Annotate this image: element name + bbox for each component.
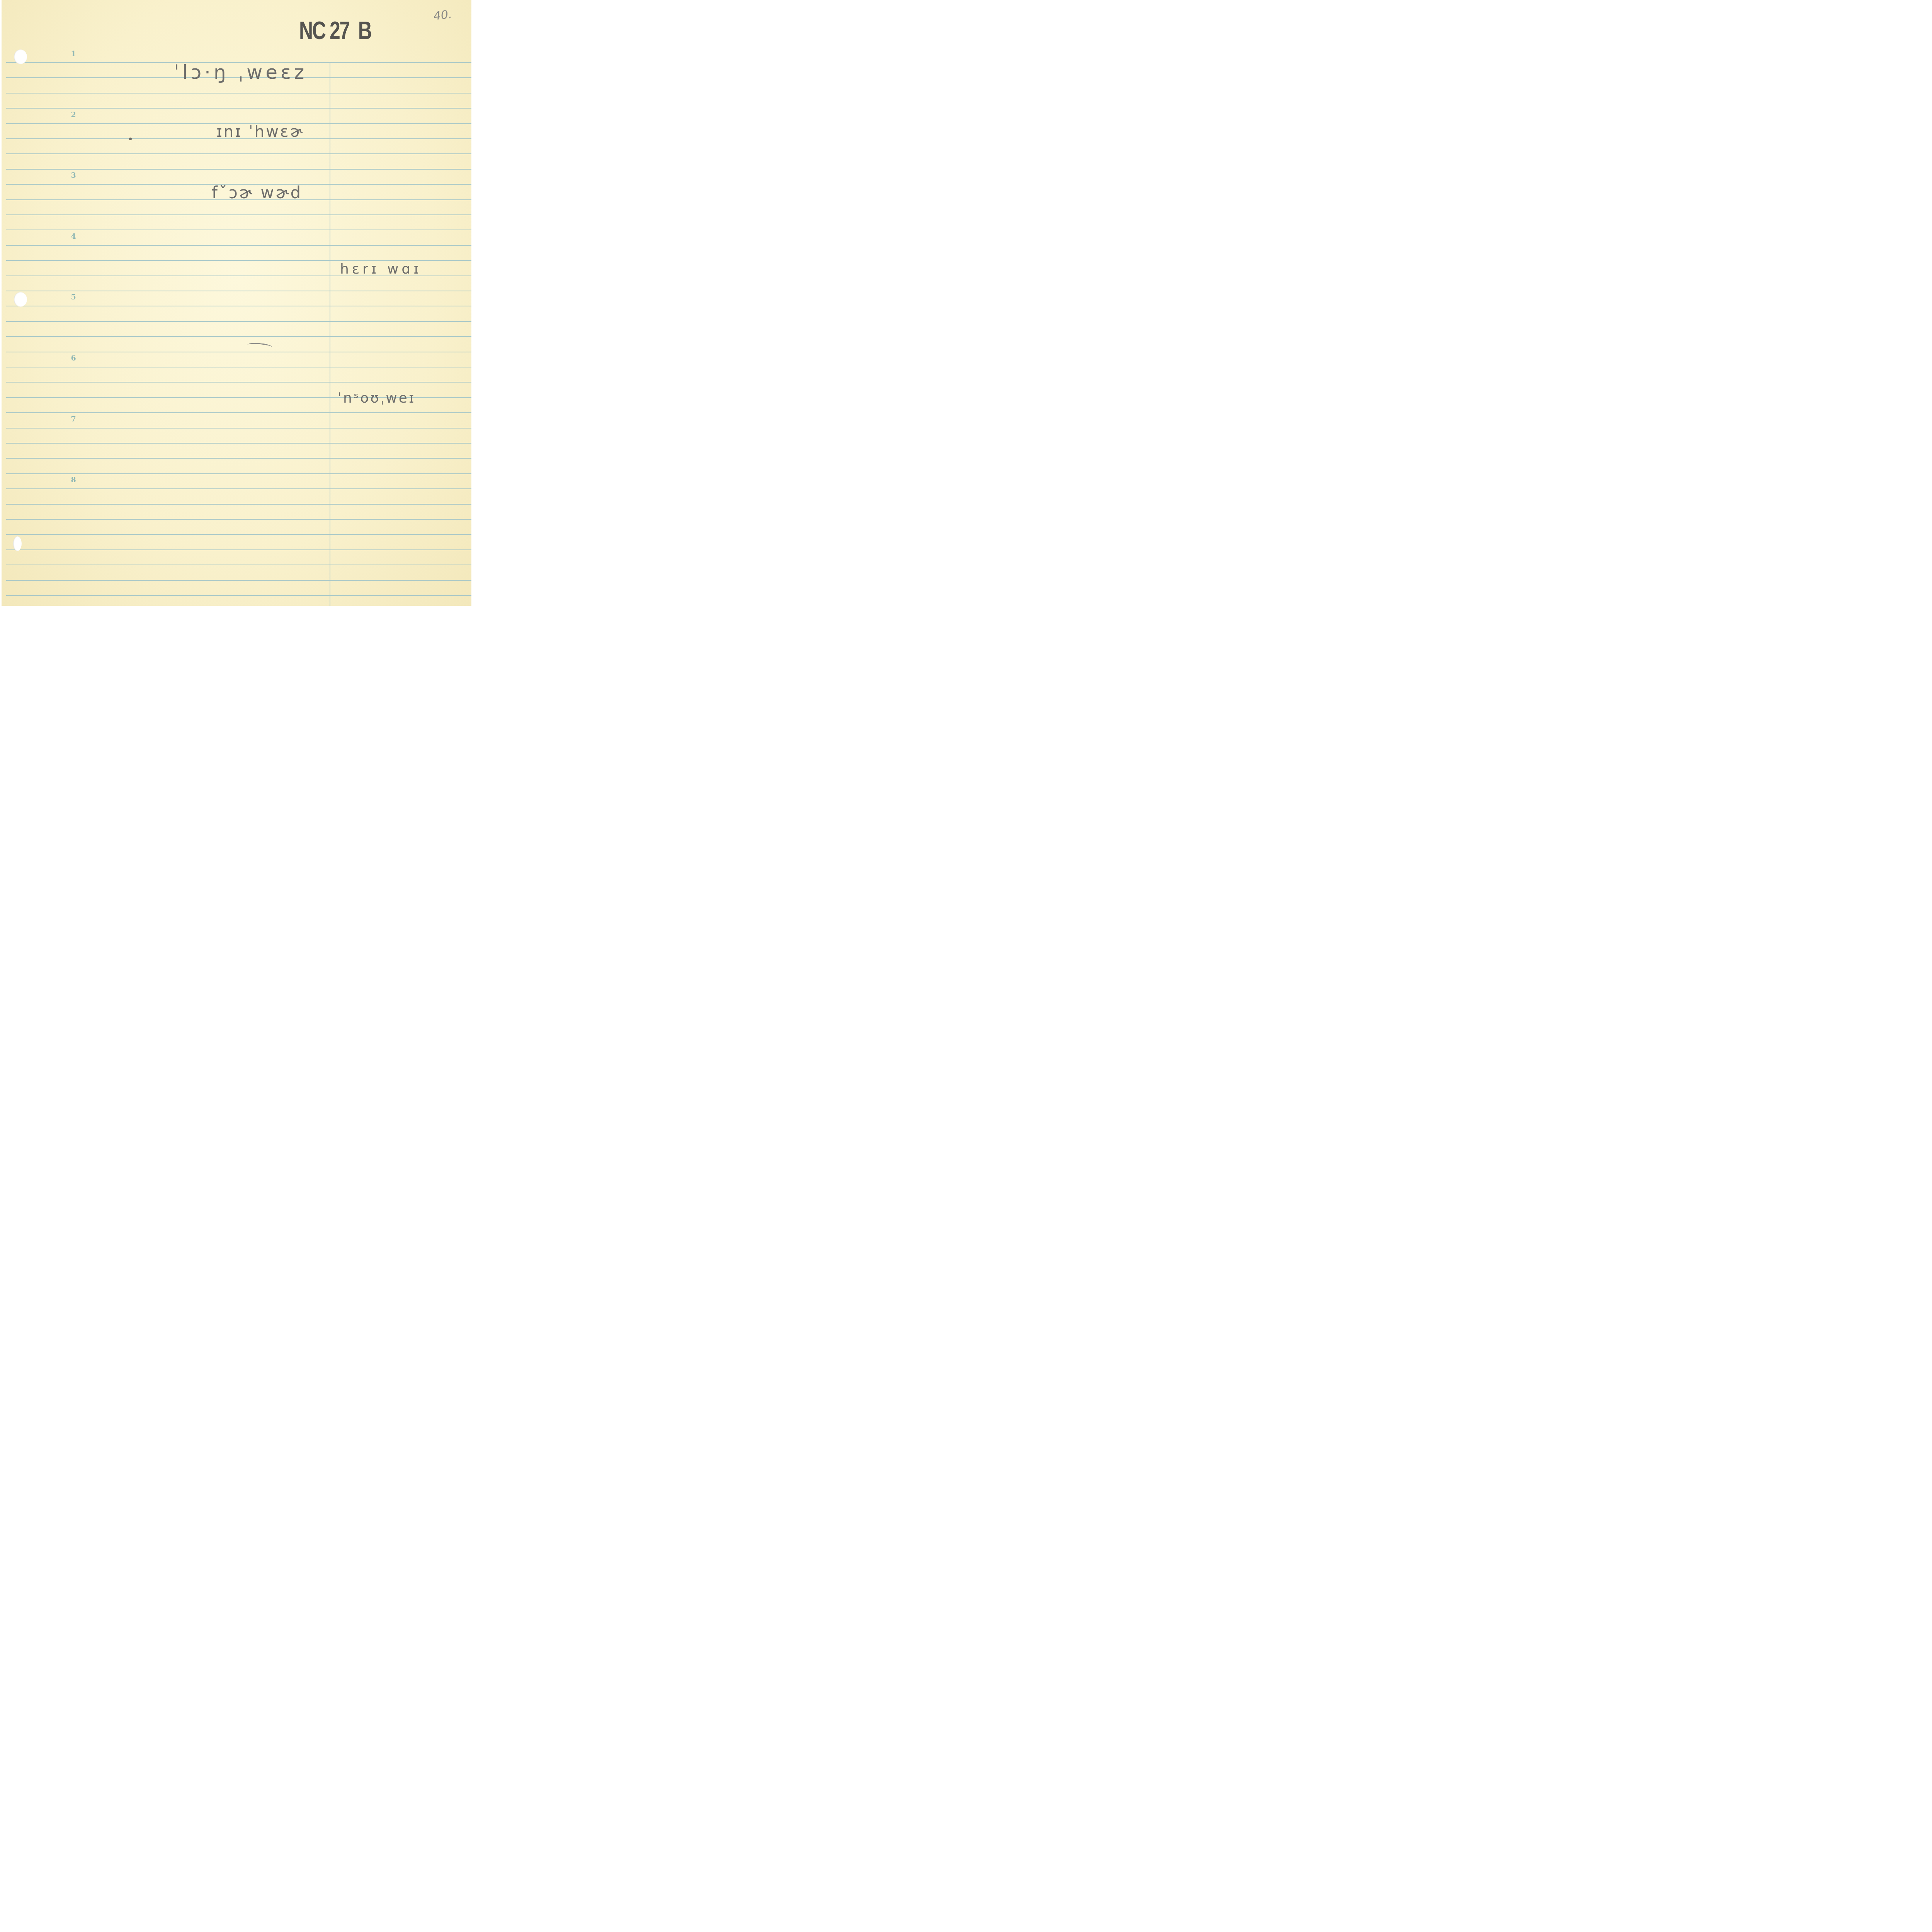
ruled-line bbox=[6, 321, 471, 322]
ruled-line bbox=[6, 488, 471, 489]
pencil-stroke-mark bbox=[247, 342, 272, 350]
ruled-line bbox=[6, 245, 471, 246]
line-number: 1 bbox=[69, 49, 78, 58]
binder-hole-top bbox=[14, 49, 27, 64]
ruled-line bbox=[6, 93, 471, 94]
ruled-line bbox=[6, 336, 471, 337]
line-number: 5 bbox=[69, 293, 78, 301]
line-number: 8 bbox=[69, 476, 78, 484]
line-number: 4 bbox=[69, 232, 78, 241]
page-number: 40. bbox=[433, 8, 452, 23]
ruled-line bbox=[6, 214, 471, 215]
binder-hole-bottom bbox=[13, 536, 22, 551]
ruled-line bbox=[6, 306, 471, 306]
ruled-line bbox=[6, 260, 471, 261]
ruled-line bbox=[6, 443, 471, 444]
ruled-line bbox=[6, 352, 471, 352]
ruled-line bbox=[6, 458, 471, 459]
ruled-line bbox=[6, 595, 471, 596]
ruled-line bbox=[6, 291, 471, 291]
ruled-line bbox=[6, 169, 471, 170]
ruled-line bbox=[6, 428, 471, 429]
ruled-line bbox=[6, 504, 471, 505]
ruled-line bbox=[6, 412, 471, 413]
ruled-line bbox=[6, 153, 471, 154]
side-transcription-entry: ˈnˢoʊˌweɪ bbox=[338, 390, 415, 406]
transcription-entry: ˈlɔ·ŋ ˌweɛz bbox=[174, 61, 307, 83]
side-transcription-entry: hɛrɪ wɑɪ bbox=[340, 261, 422, 277]
pencil-dot-mark bbox=[129, 138, 132, 140]
ruled-line bbox=[6, 108, 471, 109]
ruled-line bbox=[6, 549, 471, 550]
line-number: 7 bbox=[69, 415, 78, 423]
archive-stamp: NC 27 B bbox=[299, 16, 371, 45]
column-divider bbox=[330, 62, 330, 606]
binder-hole-middle bbox=[14, 292, 27, 307]
ruled-line bbox=[6, 580, 471, 581]
ruled-line bbox=[6, 519, 471, 520]
ruled-line bbox=[6, 367, 471, 367]
ruled-line bbox=[6, 230, 471, 230]
line-number: 3 bbox=[69, 171, 78, 180]
notebook-sheet: 12345678 NC 27 B 40. ˈlɔ·ŋ ˌweɛz ɪnɪ ˈhw… bbox=[2, 0, 471, 606]
line-number: 2 bbox=[69, 111, 78, 119]
transcription-entry: fˇɔɚ wɚd bbox=[212, 183, 302, 202]
line-number: 6 bbox=[69, 354, 78, 362]
ruled-line bbox=[6, 382, 471, 383]
ruled-line bbox=[6, 473, 471, 474]
transcription-entry: ɪnɪ ˈhwɛɚ bbox=[216, 123, 304, 141]
ruled-line bbox=[6, 565, 471, 565]
ruled-line bbox=[6, 534, 471, 535]
